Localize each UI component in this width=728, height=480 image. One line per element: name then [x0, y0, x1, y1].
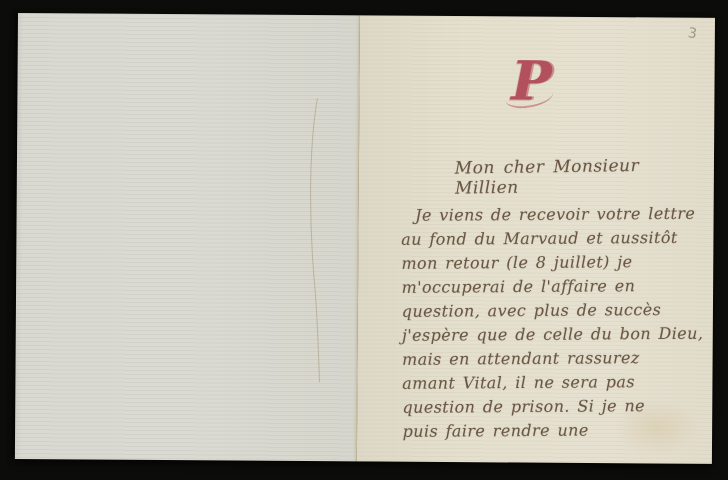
scan-background: P 3 Mon cher Monsieur Millien Je viens d…: [0, 0, 728, 480]
handwritten-line: mais en attendant rassurez: [402, 346, 708, 372]
handwritten-line: question de prison. Si je ne: [402, 394, 708, 420]
handwritten-line: question, avec plus de succès: [402, 298, 708, 324]
letter-body: Je viens de recevoir votre lettre au fon…: [401, 202, 709, 444]
paper-crease: [287, 90, 339, 390]
monogram-initial: P: [499, 51, 559, 111]
handwritten-line: au fond du Marvaud et aussitôt: [401, 226, 707, 252]
handwritten-line: j'espère que de celle du bon Dieu,: [402, 322, 708, 348]
handwritten-line: amant Vital, il ne sera pas: [402, 370, 708, 396]
handwritten-line: mon retour (le 8 juillet) je: [401, 250, 707, 276]
handwritten-line: puis faire rendre une: [403, 418, 709, 444]
handwritten-line: m'occuperai de l'affaire en: [402, 274, 708, 300]
salutation-line: Mon cher Monsieur Millien: [455, 155, 696, 198]
letter-sheet: P 3 Mon cher Monsieur Millien Je viens d…: [15, 13, 715, 464]
handwritten-line: Je viens de recevoir votre lettre: [401, 202, 707, 228]
letter-page-left: [15, 13, 360, 461]
